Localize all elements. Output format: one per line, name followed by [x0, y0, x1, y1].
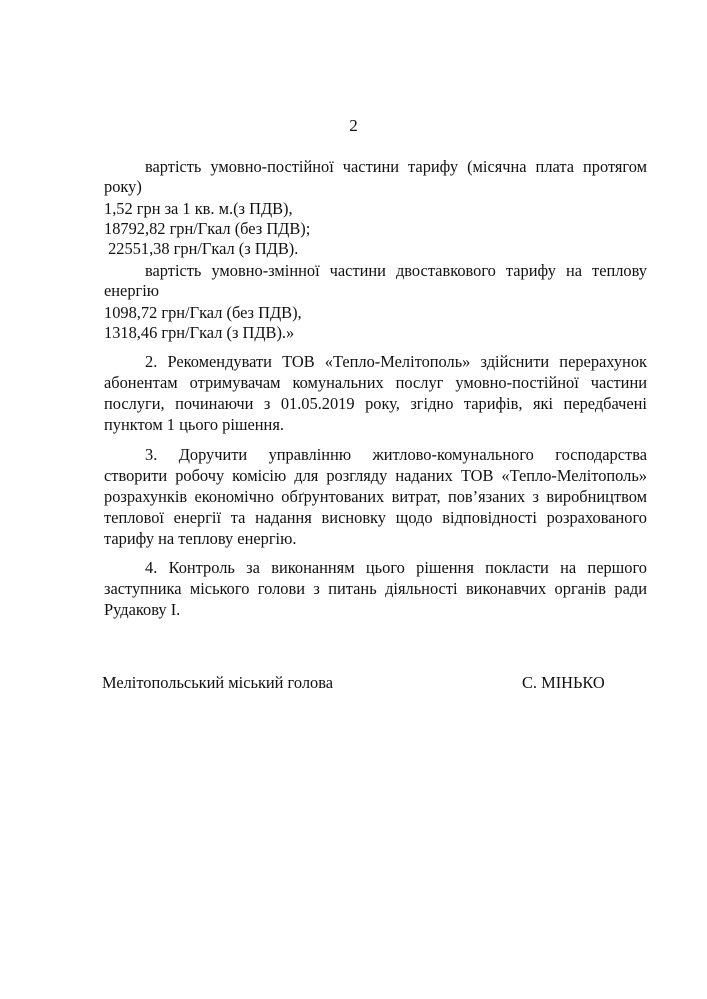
- tariff-value-line: 1318,46 грн/Гкал (з ПДВ).»: [104, 323, 647, 343]
- tariff-value-line: 18792,82 грн/Гкал (без ПДВ);: [104, 219, 647, 239]
- tariff-variable-part-line: вартість умовно-змінної частини двоставк…: [145, 261, 647, 281]
- tariff-fixed-part-line: вартість умовно-постійної частини тарифу…: [145, 157, 647, 177]
- item-4-line: Рудакову І.: [104, 600, 647, 620]
- item-2-line: послуги, починаючи з 01.05.2019 року, зг…: [104, 394, 647, 414]
- tariff-value-line: 1,52 грн за 1 кв. м.(з ПДВ),: [104, 199, 647, 219]
- document-page: 2 вартість умовно-постійної частини тари…: [0, 0, 707, 999]
- item-2-line: пунктом 1 цього рішення.: [104, 415, 647, 435]
- item-3-line: розрахунків економічно обґрунтованих вит…: [104, 487, 647, 507]
- item-3-line: тарифу на теплову енергію.: [104, 529, 647, 549]
- page-number: 2: [0, 116, 707, 136]
- signatory-title: Мелітопольський міський голова: [102, 673, 333, 693]
- item-3-line: теплової енергії та надання висновку щод…: [104, 508, 647, 528]
- item-3-line: створити робочу комісію для розгляду над…: [104, 466, 647, 486]
- item-2-line: абонентам отримувачам комунальних послуг…: [104, 373, 647, 393]
- item-3-line: 3. Доручити управлінню житлово-комунальн…: [145, 445, 647, 465]
- tariff-value-line: 22551,38 грн/Гкал (з ПДВ).: [104, 239, 647, 259]
- tariff-value-line: 1098,72 грн/Гкал (без ПДВ),: [104, 303, 647, 323]
- signatory-name: С. МІНЬКО: [522, 673, 605, 693]
- item-4-line: 4. Контроль за виконанням цього рішення …: [145, 558, 647, 578]
- item-2-line: 2. Рекомендувати ТОВ «Тепло-Мелітополь» …: [145, 352, 647, 372]
- tariff-fixed-part-line: року): [104, 177, 647, 197]
- item-4-line: заступника міського голови з питань діял…: [104, 579, 647, 599]
- tariff-variable-part-line: енергію: [104, 281, 647, 301]
